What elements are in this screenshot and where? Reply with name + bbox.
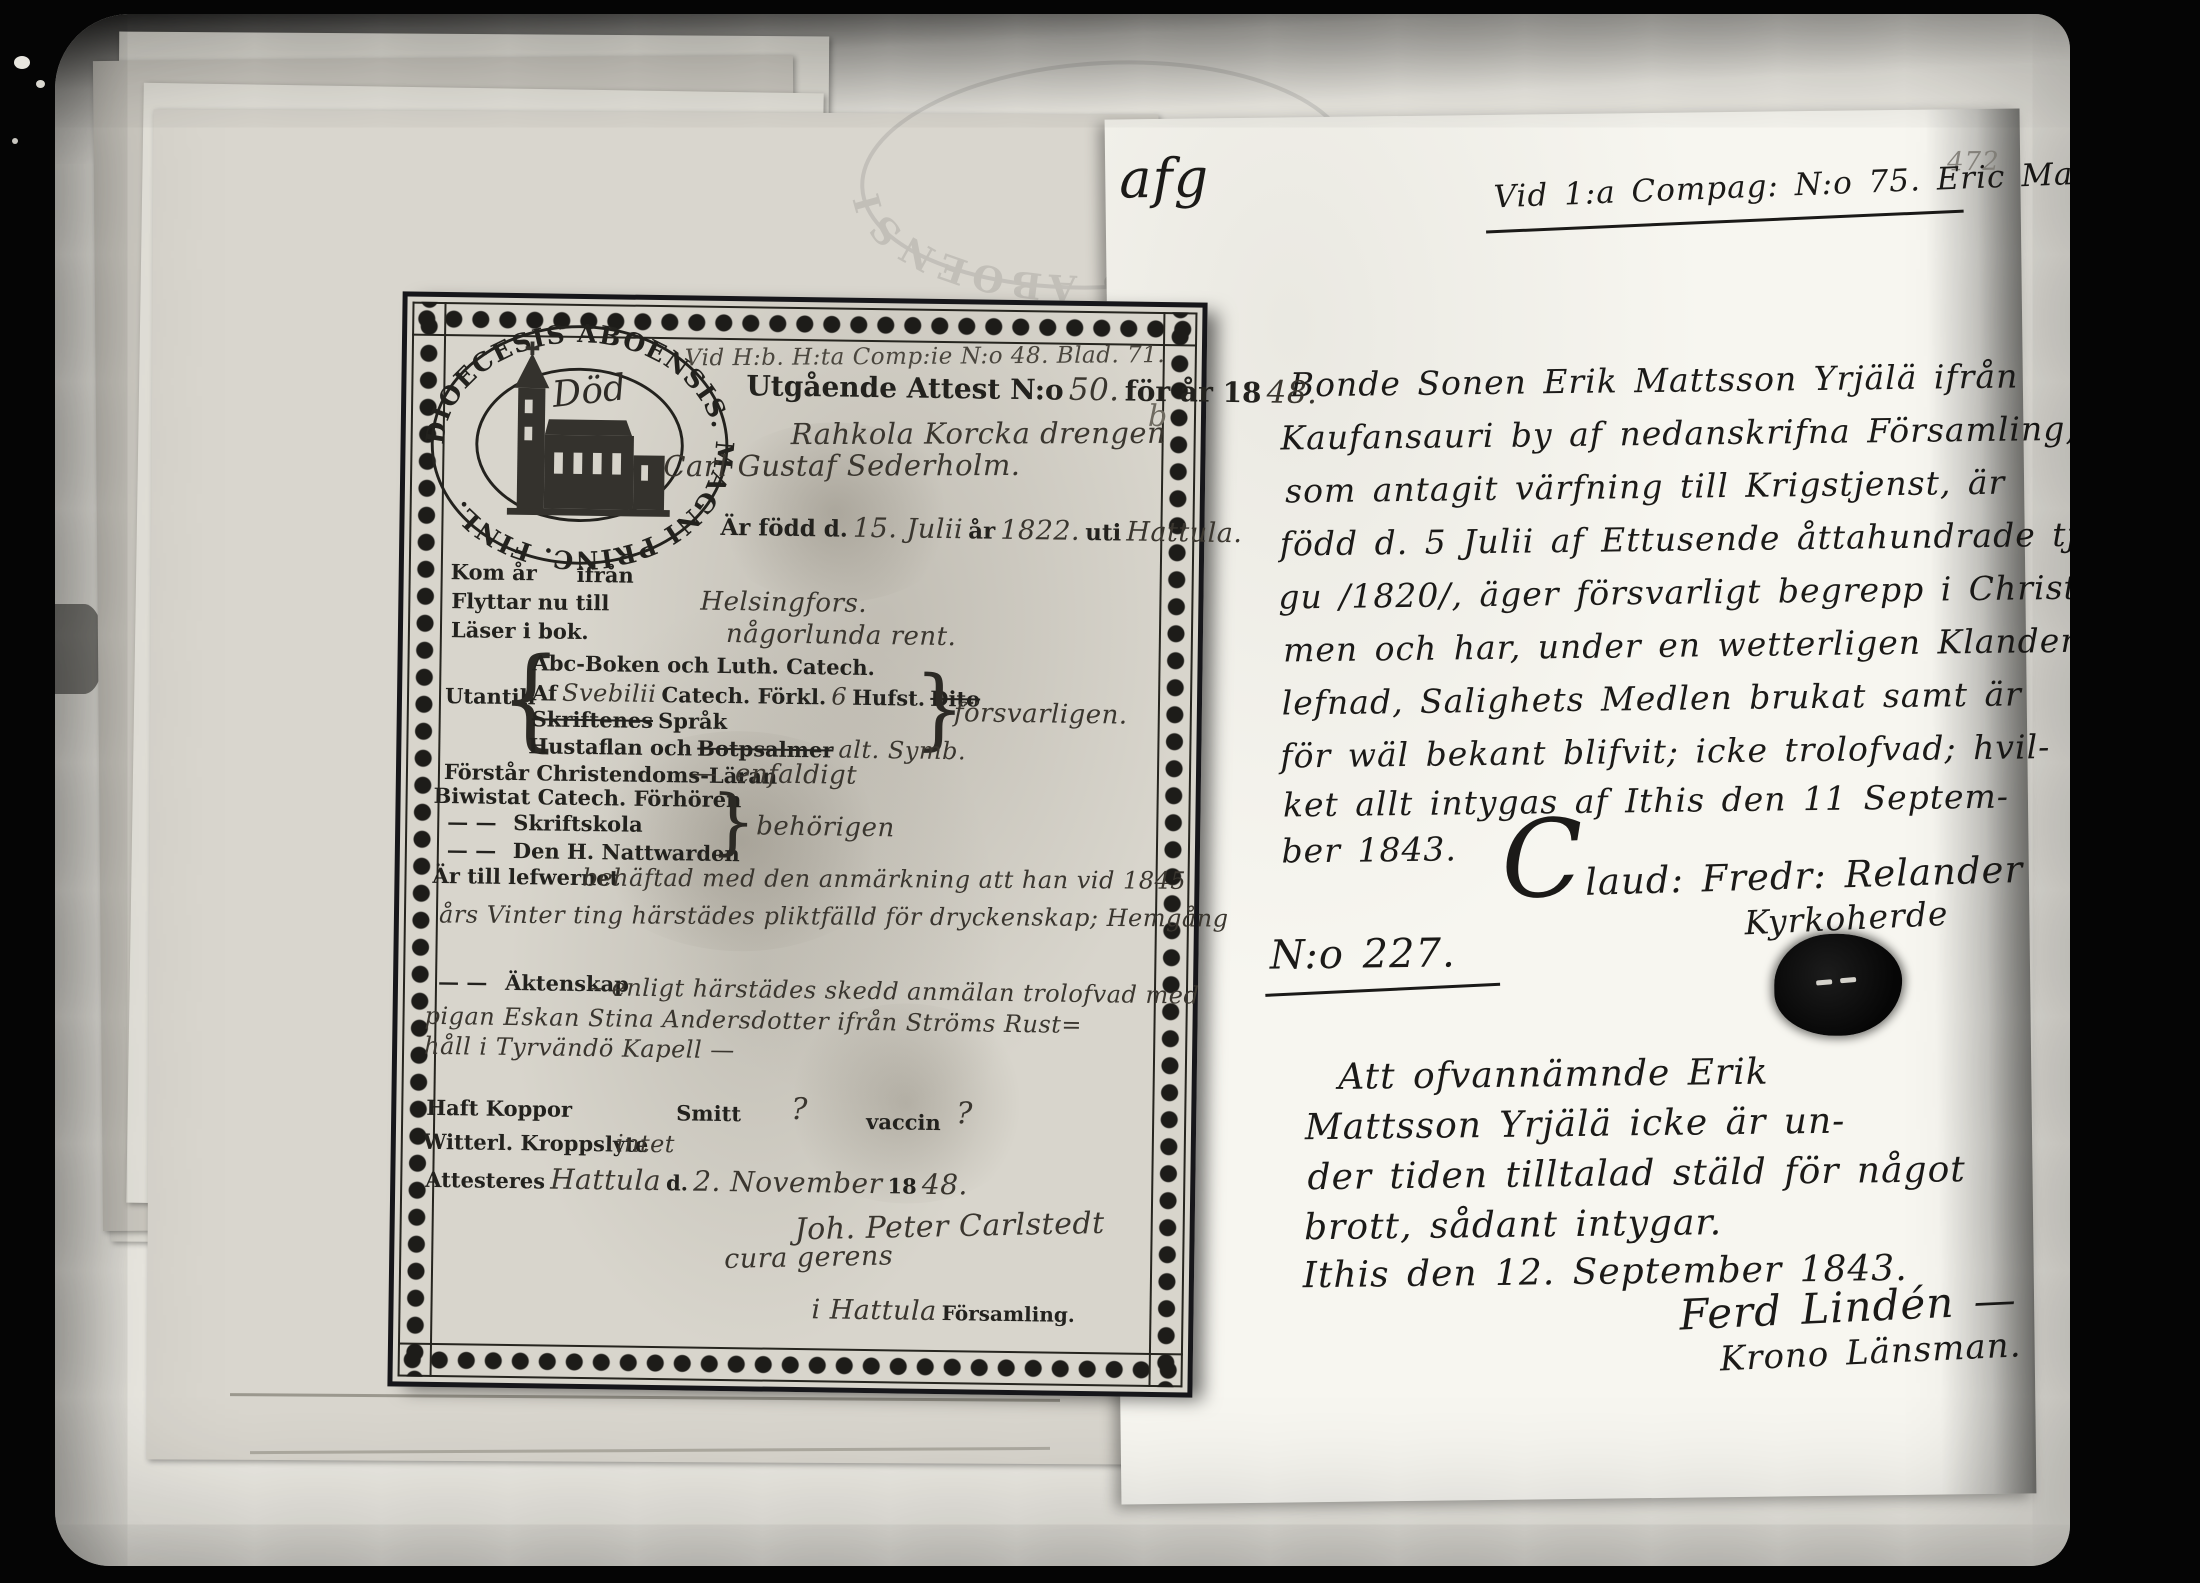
field-kom-ar: Kom år (451, 559, 537, 585)
paper-stain (703, 421, 965, 605)
diocese-emblem: DIOECESIS ABOENSIS. MAGNI PRINC. FINL. (422, 317, 737, 573)
parish-line: i Hattula Församling. (811, 1294, 1075, 1329)
signature-linden-title: Krono Länsman. (1719, 1325, 2022, 1379)
signature-carlstedt-title: cura gerens (724, 1240, 894, 1275)
photo-area: DIOECESIS ABOENSIS afg 472 Vid 1:a Compa… (55, 14, 2070, 1566)
field-laser-value: någorlunda rent. (726, 619, 957, 652)
attest-number: 50. (1069, 372, 1120, 409)
field-koppor: Haft Koppor (426, 1095, 572, 1122)
letter-body-line: ber 1843. (1281, 829, 1457, 870)
field-utantill-row2: Af Svebilii Catech. Förkl. 6 Hufst. Dito (532, 678, 980, 712)
brace-right2-icon: } (710, 779, 757, 864)
field-smitt: Smitt (676, 1100, 741, 1126)
u4-strike: Botpsalmer (697, 736, 834, 763)
vaccin-value: ? (956, 1096, 973, 1131)
kroppslyte-value: intet (616, 1129, 676, 1158)
pencil-mark-b: b (1148, 399, 1168, 434)
rosette-border-bottom (398, 1342, 1183, 1387)
signature-carlstedt: Joh. Peter Carlstedt (794, 1206, 1105, 1247)
born-year-label: år (968, 517, 995, 544)
born-place-label: uti (1085, 519, 1121, 547)
u2-hand-6: 6 (831, 682, 847, 710)
film-speck (36, 80, 45, 88)
letter-body-line: Kaufansauri by af nedanskrifna Församlin… (1280, 409, 2070, 458)
lefwernet-value-1: behäftad med den anmärkning att han vid … (582, 864, 1186, 895)
attest-date: 2. November (693, 1165, 883, 1201)
dash-skriftskola: — — (447, 809, 497, 835)
born-year: 1822. (1000, 515, 1080, 547)
letter-body-line: född d. 5 Julii af Ettusende åttahundrad… (1280, 514, 2070, 563)
seal-dash (1840, 977, 1856, 983)
film-top-shade (55, 14, 2070, 164)
paper-edge-line (250, 1447, 1050, 1454)
attest-title-2: för år 18 (1124, 375, 1261, 410)
field-lefwernet: Är till lefwernet (432, 863, 619, 891)
letter-body2-line: der tiden tilltalad stäld för något (1307, 1149, 1966, 1198)
field-forstar-value: — enfaldigt (691, 759, 858, 791)
born-line: Är född d. 15. Julii år 1822. uti Hattul… (720, 511, 1242, 549)
corner-page-number: 472 (1947, 147, 2000, 178)
margin-note-afg: afg (1119, 146, 1210, 210)
letter-heading: Vid 1:a Compag: N:o 75. Eric Mattsson (1493, 152, 2070, 215)
born-label: Är född d. (720, 514, 848, 543)
rosette-border-left (398, 302, 447, 1377)
film-speck (14, 56, 30, 69)
addressee-line-1: Rahkola Korcka drengen (791, 416, 1167, 451)
page-curl (1925, 108, 2037, 1494)
field-biwistat: Biwistat Catech. Förhören (433, 783, 741, 812)
letter-page: afg 472 Vid 1:a Compag: N:o 75. Eric Mat… (1105, 108, 2037, 1504)
ink-dot (143, 326, 165, 348)
attest-yr: 48. (922, 1168, 968, 1202)
church-illustration (507, 341, 672, 517)
paper-stack-sheet (111, 32, 829, 1247)
ghost-stamp-text: DIOECESIS ABOENSIS (844, 157, 1374, 313)
letter-body2-line: Ithis den 12. September 1843. (1302, 1248, 1907, 1296)
signature-relander-title: Kyrkoherde (1744, 894, 1950, 943)
smitt-value: ? (791, 1092, 808, 1127)
u4-value: alt. Symb. (838, 736, 966, 766)
routing-note: Vid H:b. H:ta Comp:ie N:o 48. Blad. 71. (685, 342, 1165, 371)
letter-body-line: ket allt intygas af Ithis den 11 Septem- (1283, 777, 2009, 825)
paper-edge-line (230, 1393, 1060, 1402)
aktenskap-value-2: pigan Eskan Stina Andersdotter ifrån Str… (424, 1002, 1082, 1039)
u2-print-hufst: Hufst. (852, 685, 925, 711)
aktenskap-value-1: – enligt härstädes skedd anmälan trolofv… (591, 973, 1200, 1009)
signature-linden: Ferd Lindén — (1678, 1275, 2017, 1340)
certificate: DIOECESIS ABOENSIS. MAGNI PRINC. FINL. (387, 291, 1207, 1397)
signature-relander: Claud: Fredr: Relander (1501, 846, 2023, 906)
letter-body-line: för wäl bekant blifvit; icke trolofvad; … (1280, 727, 2050, 775)
edge-smudge (55, 604, 103, 694)
u2-print-catech: Catech. Förkl. (661, 682, 826, 709)
paper-stack-sheet (93, 55, 803, 1231)
paper-stain (579, 729, 902, 953)
microfilm-frame: DIOECESIS ABOENSIS afg 472 Vid 1:a Compa… (0, 0, 2200, 1583)
lefwernet-value-2: års Vinter ting härstädes pliktfälld för… (439, 900, 1229, 932)
attesteres-label: Attesteres (425, 1167, 545, 1194)
u4-print: Hustaflan och (528, 733, 692, 760)
letter-body2-line: brott, sådant intygar. (1304, 1202, 1722, 1248)
seal-dash (1816, 979, 1832, 985)
born-day: 15. Julii (853, 513, 964, 546)
ghost-stamp: DIOECESIS ABOENSIS (841, 37, 1373, 314)
letter-body-line: Bonde Sonen Erik Mattsson Yrjälä ifrån (1290, 356, 2019, 404)
u2-hand-svebilii: Svebilii (562, 679, 657, 708)
attest-title-line: Utgående Attest N:o 50. för år 18 48. (746, 367, 1318, 411)
brace-right-icon: } (913, 657, 965, 760)
field-utantill-row3: Skriftenes Språk (532, 706, 728, 734)
u3-strike: Skriftenes (532, 706, 654, 733)
field-utantill-row4: Hustaflan och Botpsalmer alt. Symb. (528, 731, 966, 765)
u2-strike-dito: Dito (930, 686, 980, 712)
letter-heading-underline (1486, 210, 1964, 234)
field-vaccin: vaccin (866, 1109, 941, 1135)
field-utantill-row1: Abc-Boken och Luth. Catech. (532, 650, 875, 680)
attest-18: 18 (887, 1173, 917, 1198)
u3-print: Språk (658, 708, 727, 734)
u2-print-af: Af (532, 680, 557, 705)
addressee-line-2: Carl Gustaf Sederholm. (663, 448, 1020, 483)
paper-stack-sheet (126, 83, 824, 1214)
film-speck (12, 138, 18, 144)
case-number: N:o 227. (1270, 930, 1456, 978)
dash-aktenskap: — — (438, 969, 488, 995)
attest-title: Utgående Attest N:o (746, 369, 1064, 406)
attestation-line: Attesteres Hattula d. 2. November 18 48. (425, 1161, 968, 1202)
rosette-border-top (412, 302, 1197, 347)
paper-stack-sheet (146, 109, 1158, 1464)
attest-place: Hattula (550, 1163, 661, 1198)
field-utantill: Utantill (445, 683, 536, 709)
aktenskap-value-3: håll i Tyrvändö Kapell — (424, 1032, 735, 1064)
paper-stain (775, 1002, 1038, 1206)
letter-body-line: gu /1820/, äger försvarligt begrepp i Ch… (1278, 567, 2070, 617)
letter-body-line: men och har, under en wetterligen Klande… (1283, 620, 2070, 669)
field-aktenskap: Äktenskap (505, 970, 629, 997)
attest-year: 48. (1266, 375, 1317, 412)
letter-body-line: lefnad, Salighets Medlen brukat samt är (1281, 674, 2022, 722)
field-forstar: Förstår Christendoms-Läran (444, 759, 778, 789)
brace-left-icon: { (499, 633, 562, 763)
letter-body-line: som antagit värfning till Krigstjenst, ä… (1285, 463, 2006, 511)
parish-hand: i Hattula (811, 1294, 937, 1327)
emblem-ring-text: DIOECESIS ABOENSIS. MAGNI PRINC. FINL. (422, 317, 737, 573)
letter-body2-line: Mattsson Yrjälä icke är un- (1305, 1101, 1846, 1149)
dash-nattward: — — (447, 837, 497, 863)
brace2-value: behörigen (756, 811, 895, 843)
field-laser: Läser i bok. (451, 617, 589, 644)
field-nattward: Den H. Nattwarden (513, 838, 740, 866)
field-flyttar: Flyttar nu till (451, 588, 609, 615)
u2-value: försvarligen. (954, 698, 1128, 730)
rosette-border-right (1148, 312, 1197, 1387)
field-kroppslyte: Witterl. Kroppslyte (423, 1129, 649, 1157)
wax-seal (1774, 933, 1903, 1037)
field-flyttar-value: Helsingfors. (700, 587, 867, 619)
field-skriftskola: Skriftskola (513, 810, 643, 837)
case-number-underline (1265, 983, 1500, 997)
field-ifran: ifrån (577, 562, 634, 588)
parish-print: Församling. (942, 1301, 1075, 1327)
attest-d: d. (666, 1170, 688, 1195)
letter-body2-line: Att ofvannämnde Erik (1338, 1052, 1769, 1098)
born-place: Hattula. (1126, 517, 1242, 550)
handwritten-dod: Död (550, 367, 628, 416)
ink-blot (230, 90, 400, 134)
